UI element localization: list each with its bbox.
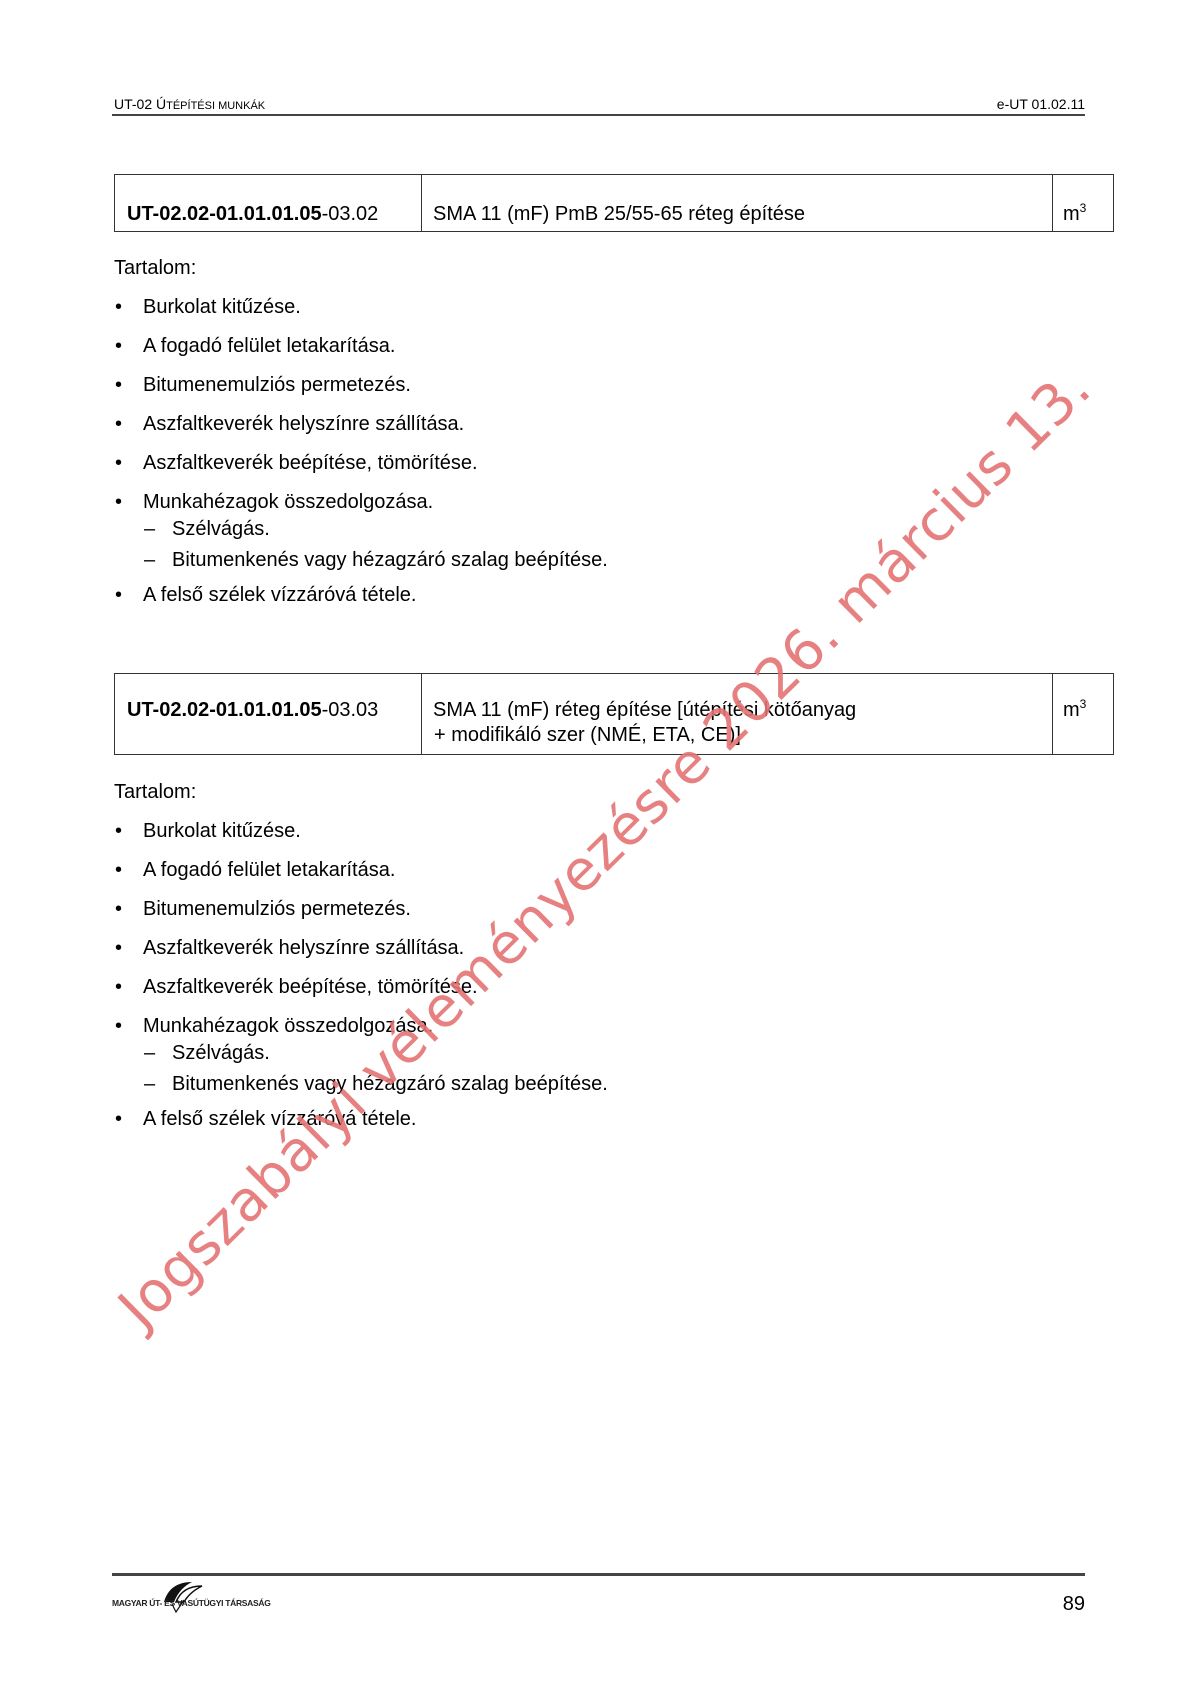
list-item: A felső szélek vízzáróvá tétele. — [114, 1100, 608, 1139]
item-contents-2: Tartalom: Burkolat kitűzése. A fogadó fe… — [114, 773, 608, 1139]
header-divider — [112, 114, 1085, 116]
item-description-line: SMA 11 (mF) PmB 25/55-65 réteg építése — [433, 203, 805, 225]
unit-base: m — [1063, 699, 1080, 721]
unit-exponent: 3 — [1080, 201, 1087, 215]
item-table-1: UT-02.02-01.01.01.05-03.02 SMA 11 (mF) P… — [114, 174, 1114, 232]
list-item: Burkolat kitűzése. — [114, 812, 608, 851]
footer-divider — [112, 1573, 1085, 1576]
item-description-line: + modifikáló szer (NMÉ, ETA, CE)] — [433, 723, 1042, 748]
item-row: UT-02.02-01.01.01.05-03.03 SMA 11 (mF) r… — [115, 674, 1114, 755]
header-title-smallcaps: TÉPÍTÉSI MUNKÁK — [166, 100, 265, 112]
running-header-title: UT-02 ÚTÉPÍTÉSI MUNKÁK — [114, 96, 265, 112]
item-unit: m3 — [1053, 175, 1114, 232]
item-row: UT-02.02-01.01.01.05-03.02 SMA 11 (mF) P… — [115, 175, 1114, 232]
list-item: Bitumenemulziós permetezés. — [114, 890, 608, 929]
sub-list-item: Szélvágás. — [143, 1038, 608, 1069]
list-item: Aszfaltkeverék beépítése, tömörítése. — [114, 444, 608, 483]
contents-list: Burkolat kitűzése. A fogadó felület leta… — [114, 812, 608, 1139]
list-item: A fogadó felület letakarítása. — [114, 327, 608, 366]
list-item: A fogadó felület letakarítása. — [114, 851, 608, 890]
item-code: UT-02.02-01.01.01.05-03.02 — [115, 175, 422, 232]
list-item: Aszfaltkeverék beépítése, tömörítése. — [114, 968, 608, 1007]
item-code: UT-02.02-01.01.01.05-03.03 — [115, 674, 422, 755]
publisher-logo: MAGYAR ÚT- ÉS VASÚTÜGYI TÁRSASÁG — [112, 1580, 262, 1616]
list-item: Aszfaltkeverék helyszínre szállítása. — [114, 929, 608, 968]
contents-title: Tartalom: — [114, 249, 608, 288]
item-contents-1: Tartalom: Burkolat kitűzése. A fogadó fe… — [114, 249, 608, 615]
unit-base: m — [1063, 203, 1080, 225]
list-item: Munkahézagok összedolgozása. Szélvágás. … — [114, 483, 608, 576]
contents-list: Burkolat kitűzése. A fogadó felület leta… — [114, 288, 608, 615]
unit-exponent: 3 — [1080, 697, 1087, 711]
sub-list-item: Szélvágás. — [143, 514, 608, 545]
list-item: Bitumenemulziós permetezés. — [114, 366, 608, 405]
item-code-bold: UT-02.02-01.01.01.05 — [127, 699, 322, 721]
item-description-line: SMA 11 (mF) réteg építése [útépítési köt… — [433, 699, 856, 721]
sub-list-item: Bitumenkenés vagy hézagzáró szalag beépí… — [143, 1069, 608, 1100]
list-item: Aszfaltkeverék helyszínre szállítása. — [114, 405, 608, 444]
item-unit: m3 — [1053, 674, 1114, 755]
list-item-text: Munkahézagok összedolgozása. — [143, 491, 433, 513]
list-item: Burkolat kitűzése. — [114, 288, 608, 327]
header-title-prefix: UT-02 Ú — [114, 96, 166, 112]
sub-list: Szélvágás. Bitumenkenés vagy hézagzáró s… — [143, 514, 608, 576]
contents-title: Tartalom: — [114, 773, 608, 812]
publisher-name: MAGYAR ÚT- ÉS VASÚTÜGYI TÁRSASÁG — [112, 1598, 271, 1608]
page-number: 89 — [1063, 1593, 1085, 1616]
item-code-suffix: -03.02 — [322, 203, 379, 225]
list-item-text: Munkahézagok összedolgozása. — [143, 1015, 433, 1037]
item-code-bold: UT-02.02-01.01.01.05 — [127, 203, 322, 225]
item-description: SMA 11 (mF) PmB 25/55-65 réteg építése — [422, 175, 1053, 232]
item-code-suffix: -03.03 — [322, 699, 379, 721]
item-table-2: UT-02.02-01.01.01.05-03.03 SMA 11 (mF) r… — [114, 673, 1114, 755]
list-item: A felső szélek vízzáróvá tétele. — [114, 576, 608, 615]
sub-list: Szélvágás. Bitumenkenés vagy hézagzáró s… — [143, 1038, 608, 1100]
item-description: SMA 11 (mF) réteg építése [útépítési köt… — [422, 674, 1053, 755]
sub-list-item: Bitumenkenés vagy hézagzáró szalag beépí… — [143, 545, 608, 576]
list-item: Munkahézagok összedolgozása. Szélvágás. … — [114, 1007, 608, 1100]
running-header-doc-id: e-UT 01.02.11 — [997, 96, 1085, 112]
